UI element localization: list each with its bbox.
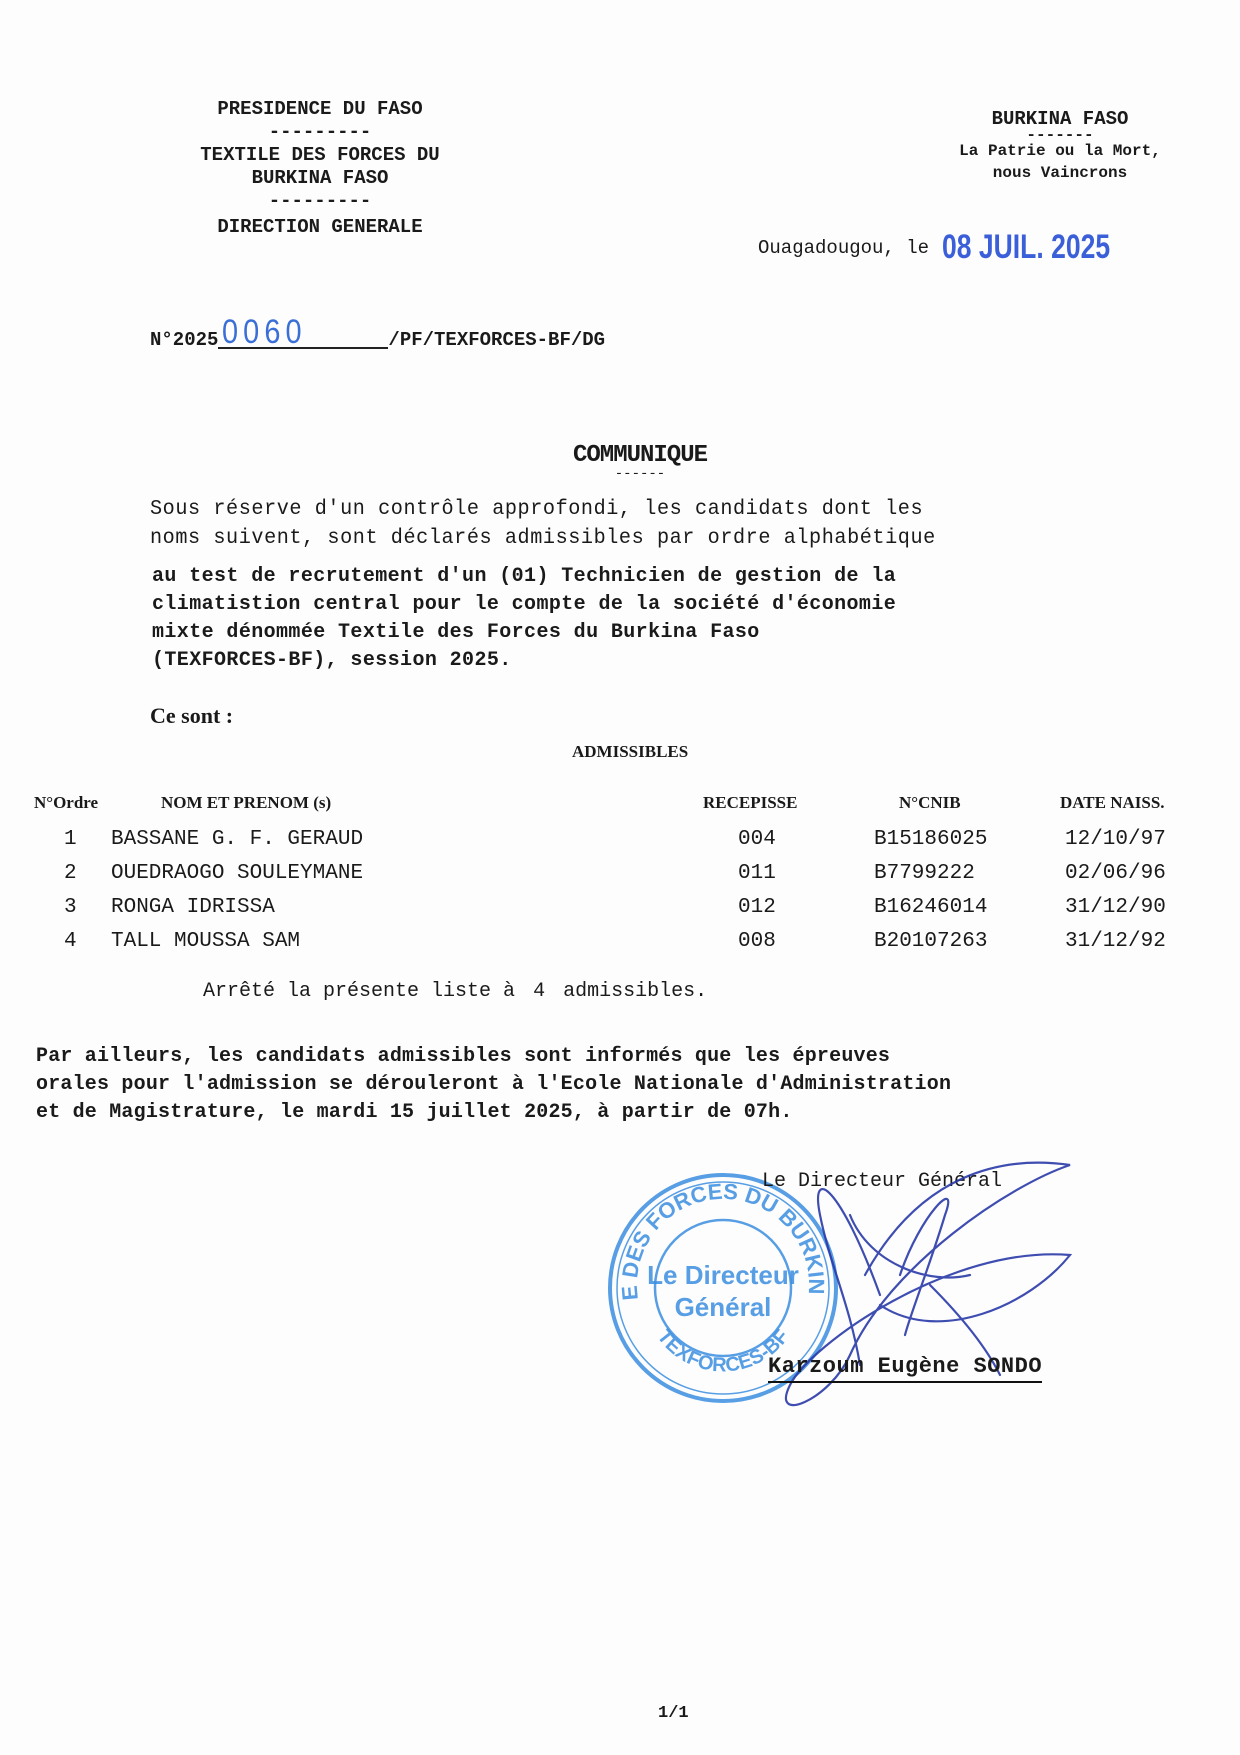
cell-cnib: B7799222 <box>874 862 975 885</box>
cell-recepisse: 011 <box>738 862 776 885</box>
cell-recepisse: 012 <box>738 896 776 919</box>
cell-ordre: 1 <box>64 828 77 851</box>
list-intro: Ce sont : <box>150 703 233 729</box>
cell-ordre: 2 <box>64 862 77 885</box>
cell-recepisse: 004 <box>738 828 776 851</box>
cell-recepisse: 008 <box>738 930 776 953</box>
closing-count: 4 <box>533 980 545 1003</box>
issuer-direction: DIRECTION GENERALE <box>150 216 490 239</box>
intro-paragraph: Sous réserve d'un contrôle approfondi, l… <box>150 495 936 553</box>
issuer-separator: --------- <box>150 190 490 213</box>
issuer-block: PRESIDENCE DU FASO --------- TEXTILE DES… <box>150 98 490 239</box>
intro-bold-line: au test de recrutement d'un (01) Technic… <box>152 563 896 591</box>
reference-prefix: N°2025 <box>150 329 218 351</box>
cell-date: 31/12/92 <box>1065 930 1166 953</box>
issuer-presidence: PRESIDENCE DU FASO <box>150 98 490 121</box>
signer-name: Karzoum Eugène SONDO <box>768 1354 1042 1383</box>
reference-number-slot: 0060 <box>218 325 388 349</box>
country-motto-line1: La Patrie ou la Mort, <box>920 140 1200 162</box>
notice-paragraph: Par ailleurs, les candidats admissibles … <box>36 1043 951 1127</box>
country-block: BURKINA FASO ------- La Patrie ou la Mor… <box>920 108 1200 184</box>
reference-number-stamp: 0060 <box>222 313 307 352</box>
col-header-date: DATE NAISS. <box>1060 793 1165 813</box>
col-header-recepisse: RECEPISSE <box>703 793 797 813</box>
col-header-cnib: N°CNIB <box>899 793 961 813</box>
cell-date: 31/12/90 <box>1065 896 1166 919</box>
title-underline: ------ <box>430 466 850 482</box>
notice-line: Par ailleurs, les candidats admissibles … <box>36 1043 951 1071</box>
notice-line: et de Magistrature, le mardi 15 juillet … <box>36 1099 951 1127</box>
cell-nom: OUEDRAOGO SOULEYMANE <box>111 862 363 885</box>
issuer-separator: --------- <box>150 121 490 144</box>
svg-text:Général: Général <box>675 1292 772 1322</box>
cell-cnib: B15186025 <box>874 828 987 851</box>
cell-nom: BASSANE G. F. GERAUD <box>111 828 363 851</box>
country-separator: ------- <box>920 130 1200 140</box>
intro-bold-line: mixte dénommée Textile des Forces du Bur… <box>152 619 896 647</box>
table-title: ADMISSIBLES <box>572 742 688 762</box>
col-header-ordre: N°Ordre <box>34 793 98 813</box>
page-number: 1/1 <box>658 1704 689 1723</box>
cell-cnib: B16246014 <box>874 896 987 919</box>
intro-bold-paragraph: au test de recrutement d'un (01) Technic… <box>152 563 896 675</box>
intro-bold-line: (TEXFORCES-BF), session 2025. <box>152 647 896 675</box>
col-header-nom: NOM ET PRENOM (s) <box>161 793 331 813</box>
reference-suffix: /PF/TEXFORCES-BF/DG <box>388 329 605 351</box>
date-stamp: 08 JUIL. 2025 <box>942 228 1110 267</box>
issuer-company-line2: BURKINA FASO <box>150 167 490 190</box>
cell-ordre: 4 <box>64 930 77 953</box>
issuer-company-line1: TEXTILE DES FORCES DU <box>150 144 490 167</box>
closing-prefix: Arrêté la présente liste à <box>203 980 515 1003</box>
cell-date: 02/06/96 <box>1065 862 1166 885</box>
place-date: Ouagadougou, le 08 JUIL. 2025 <box>758 228 1158 267</box>
cell-nom: RONGA IDRISSA <box>111 896 275 919</box>
notice-line: orales pour l'admission se dérouleront à… <box>36 1071 951 1099</box>
cell-cnib: B20107263 <box>874 930 987 953</box>
intro-line: Sous réserve d'un contrôle approfondi, l… <box>150 495 936 524</box>
intro-bold-line: climatistion central pour le compte de l… <box>152 591 896 619</box>
reference-number: N°20250060/PF/TEXFORCES-BF/DG <box>150 325 605 351</box>
intro-line: noms suivent, sont déclarés admissibles … <box>150 524 936 553</box>
cell-ordre: 3 <box>64 896 77 919</box>
country-motto-line2: nous Vaincrons <box>920 162 1200 184</box>
cell-nom: TALL MOUSSA SAM <box>111 930 300 953</box>
list-closing: Arrêté la présente liste à4admissibles. <box>203 980 707 1003</box>
document-title: COMMUNIQUE <box>430 442 850 469</box>
cell-date: 12/10/97 <box>1065 828 1166 851</box>
place-prefix: Ouagadougou, le <box>758 237 929 259</box>
closing-suffix: admissibles. <box>563 980 707 1003</box>
